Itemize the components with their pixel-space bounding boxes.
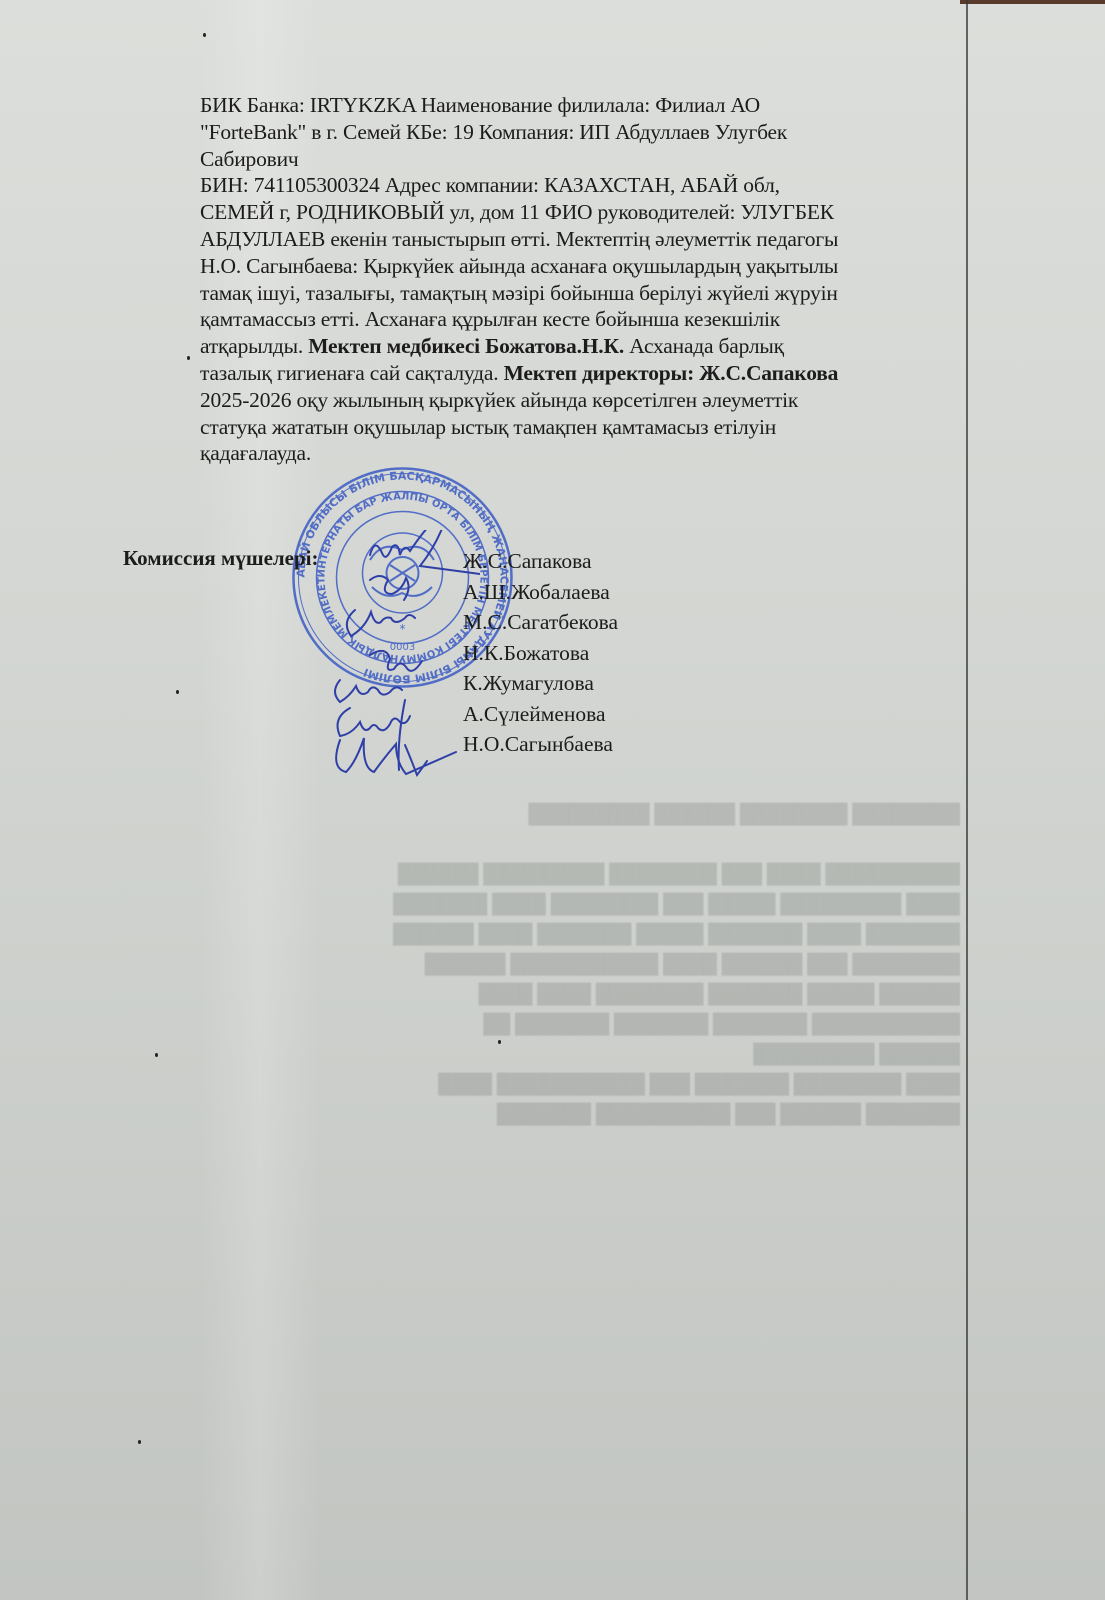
text-line: статуқа жататын оқушылар ыстық тамақпен …: [200, 414, 1060, 441]
paper-speck: [203, 33, 206, 37]
text-line: қадағалауда.: [200, 440, 1060, 467]
member-name: А.Ш.Жобалаева: [463, 577, 618, 608]
photo-edge-strip: [960, 0, 1105, 4]
text-line: Сабирович: [200, 146, 1060, 173]
text-span: атқарылды.: [200, 334, 308, 358]
text-line: "ForteBank" в г. Семей КБе: 19 Компания:…: [200, 119, 1060, 146]
text-line: қамтамассыз етті. Асханаға құрылған кест…: [200, 306, 1060, 333]
text-span: тазалық гигиенаға сай сақталуда.: [200, 361, 504, 385]
paper-speck: [176, 690, 179, 694]
member-name: Ж.С.Сапакова: [463, 546, 618, 577]
nurse-name-bold: Мектеп медбикесі Божатова.Н.К.: [308, 334, 624, 358]
member-name: Н.О.Сагынбаева: [463, 729, 618, 760]
member-name: М.С.Сагатбекова: [463, 607, 618, 638]
member-name: Н.К.Божатова: [463, 638, 618, 669]
text-line: тазалық гигиенаға сай сақталуда. Мектеп …: [200, 360, 1060, 387]
text-line: атқарылды. Мектеп медбикесі Божатова.Н.К…: [200, 333, 1060, 360]
paper-speck: [155, 1053, 158, 1057]
commission-label: Комиссия мүшелері:: [123, 546, 319, 571]
text-span: Асханада барлық: [624, 334, 784, 358]
commission-members-list: Ж.С.Сапакова А.Ш.Жобалаева М.С.Сагатбеко…: [463, 546, 618, 760]
member-name: А.Сүлейменова: [463, 699, 618, 730]
text-line: Н.О. Сагынбаева: Қыркүйек айында асханағ…: [200, 253, 1060, 280]
text-line: АБДУЛЛАЕВ екенін таныстырып өтті. Мектеп…: [200, 226, 1060, 253]
paper-speck: [138, 1440, 141, 1444]
text-line: тамақ ішуі, тазалығы, тамақтың мәзірі бо…: [200, 280, 1060, 307]
paper-speck: [187, 356, 190, 360]
text-line: 2025-2026 оқу жылының қыркүйек айында кө…: [200, 387, 1060, 414]
member-name: К.Жумагулова: [463, 668, 618, 699]
signatures-icon: [310, 530, 480, 790]
document-body-paragraph: БИК Банка: IRTYKZKA Наименование филилал…: [200, 92, 1060, 467]
text-line: СЕМЕЙ г, РОДНИКОВЫЙ ул, дом 11 ФИО руков…: [200, 199, 1060, 226]
text-line: БИК Банка: IRTYKZKA Наименование филилал…: [200, 92, 1060, 119]
text-line: БИН: 741105300324 Адрес компании: КАЗАХС…: [200, 172, 1060, 199]
director-name-bold: Мектеп директоры: Ж.С.Сапакова: [504, 361, 839, 385]
show-through-text: ████████ ████████ ██████ █████████ █████…: [230, 800, 960, 1130]
